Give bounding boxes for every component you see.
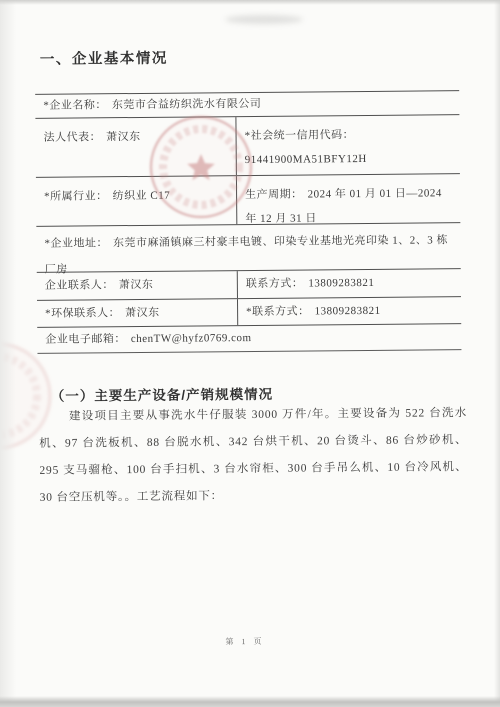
table-row-company-contact: 企业联系人：萧汉东 联系方式：13809283821 xyxy=(37,269,461,301)
credit-code-label: *社会统一信用代码： xyxy=(244,122,455,148)
production-period-label: 生产周期： xyxy=(245,189,303,202)
address-label: *企业地址： xyxy=(44,237,108,250)
email-value: chenTW@hyfz0769.com xyxy=(131,332,252,345)
scan-edge-left xyxy=(0,0,16,707)
industry-label: *所属行业： xyxy=(44,190,108,203)
production-scale-paragraph: 建设项目主要从事洗水牛仔服装 3000 万件/年。主要设备为 522 台洗水机、… xyxy=(39,400,468,512)
page-number-footer: 第 1 页 xyxy=(0,634,495,649)
company-contact-label: 企业联系人： xyxy=(45,279,114,292)
scan-edge-right xyxy=(494,0,500,707)
section-1-title: 一、企业基本情况 xyxy=(40,47,168,69)
scan-edge-bottom xyxy=(0,696,500,707)
document-content: 一、企业基本情况 *企业名称：东莞市合益纺织洗水有限公司 法人代表：萧汉东 *社… xyxy=(0,0,500,707)
company-name-value: 东莞市合益纺织洗水有限公司 xyxy=(112,98,262,111)
env-phone-label: *联系方式： xyxy=(246,305,310,318)
table-row-legal-rep-credit-code: 法人代表：萧汉东 *社会统一信用代码： 91441900MA51BFY12H xyxy=(35,115,459,178)
env-contact-value: 萧汉东 xyxy=(125,307,160,319)
legal-rep-value: 萧汉东 xyxy=(106,131,141,143)
table-row-env-contact: *环保联系人：萧汉东 *联系方式：13809283821 xyxy=(37,297,461,328)
env-phone-value: 13809283821 xyxy=(315,305,381,318)
table-row-email: 企业电子邮箱：chenTW@hyfz0769.com xyxy=(37,324,461,354)
email-label: 企业电子邮箱： xyxy=(45,333,126,346)
table-row-company-name: *企业名称：东莞市合益纺织洗水有限公司 xyxy=(35,91,459,119)
table-row-industry-period: *所属行业：纺织业 C17 生产周期：2024 年 01 月 01 日—2024… xyxy=(36,174,460,227)
credit-code-value: 91441900MA51BFY12H xyxy=(245,146,456,172)
env-contact-label: *环保联系人： xyxy=(45,307,120,320)
scanned-document-page: 一、企业基本情况 *企业名称：东莞市合益纺织洗水有限公司 法人代表：萧汉东 *社… xyxy=(0,0,500,707)
table-row-address: *企业地址：东莞市麻涌镇麻三村豪丰电镀、印染专业基地光亮印染 1、2、3 栋厂房 xyxy=(36,223,460,273)
industry-value: 纺织业 C17 xyxy=(113,190,171,203)
scan-edge-top xyxy=(0,0,500,5)
company-name-label: *企业名称： xyxy=(43,99,107,112)
contact-phone-value: 13809283821 xyxy=(308,277,374,290)
company-info-table: *企业名称：东莞市合益纺织洗水有限公司 法人代表：萧汉东 *社会统一信用代码： … xyxy=(35,90,461,354)
company-contact-value: 萧汉东 xyxy=(119,279,154,291)
legal-rep-label: 法人代表： xyxy=(44,131,102,144)
contact-phone-label: 联系方式： xyxy=(246,278,304,291)
